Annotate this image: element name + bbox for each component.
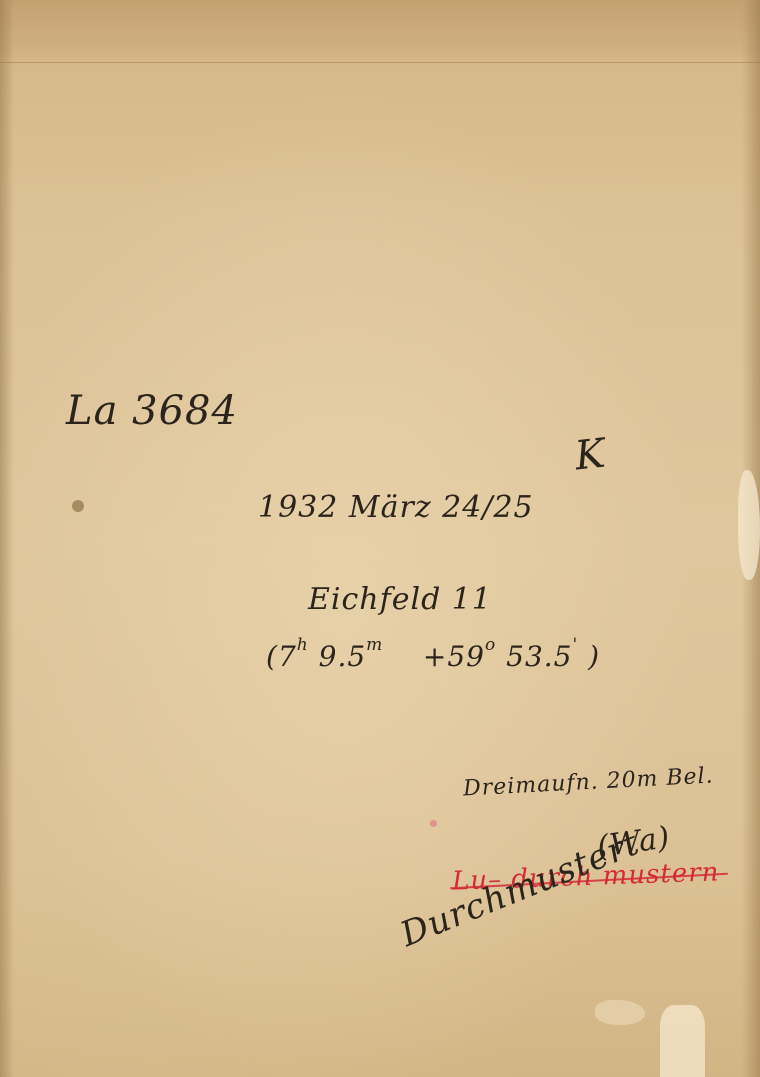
envelope-scan: La 3684 K 1932 März 24/25 Eichfeld 11 (7… (0, 0, 760, 1077)
coord-open-paren: ( (266, 640, 278, 673)
dec-minutes: 53.5 (506, 640, 572, 673)
ra-minutes-unit: m (366, 635, 383, 655)
dec-degrees: +59 (423, 640, 485, 673)
paper-tear-bottom (660, 1005, 705, 1077)
ra-minutes: 9.5 (319, 640, 367, 673)
dec-degrees-unit: o (485, 635, 496, 655)
ink-stain (72, 500, 84, 512)
exposure-note: Dreimaufn. 20m Bel. (463, 763, 715, 801)
paper-edge-left (0, 0, 14, 1077)
paper-wear-bottom (595, 1000, 645, 1025)
ra-hours-unit: h (297, 635, 309, 655)
object-name: Eichfeld 11 (308, 582, 492, 617)
observation-date: 1932 März 24/25 (258, 490, 534, 525)
ra-hours: 7 (278, 640, 297, 673)
envelope-flap-fold (0, 0, 760, 63)
catalog-number: La 3684 (66, 388, 238, 434)
corner-mark: K (573, 431, 609, 480)
dec-minutes-unit: ' (572, 635, 578, 655)
coordinates: (7h 9.5m +59o 53.5' ) (266, 640, 600, 673)
coord-close-paren: ) (588, 640, 600, 673)
red-ink-dot (430, 820, 437, 827)
